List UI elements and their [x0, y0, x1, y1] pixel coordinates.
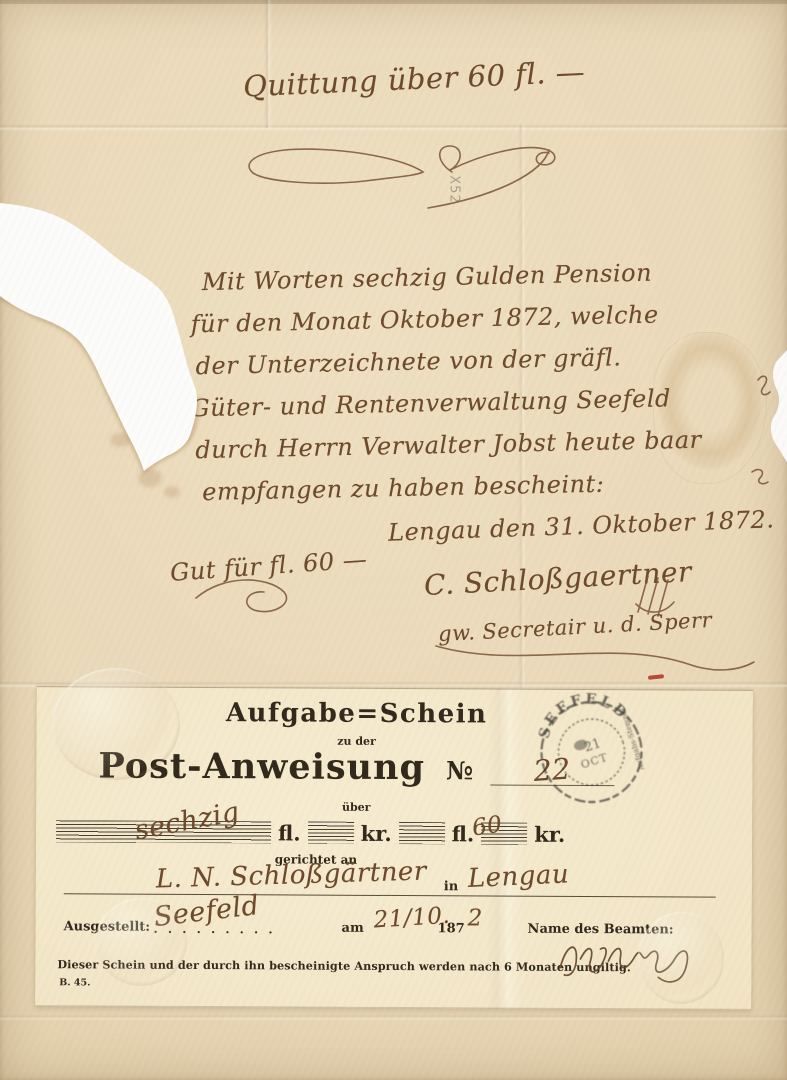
signature-name: C. Schloßgaertner [423, 555, 692, 602]
number-underline: 22 [490, 755, 614, 787]
kreuzer-label: kr. [361, 820, 392, 845]
place-date-line: Lengau den 31. Oktober 1872. [388, 505, 775, 546]
tear-stain-blob [110, 433, 130, 447]
tear-stain-edge [0, 297, 197, 470]
form-code: B. 45. [59, 977, 90, 988]
am-label: am [342, 921, 364, 936]
left-tear-white [0, 203, 197, 471]
number-value-handwritten: 22 [533, 754, 572, 786]
kreuzer-label: kr. [534, 821, 565, 846]
florin-label: fl. [278, 820, 301, 845]
pencil-mark: X52 [447, 175, 462, 203]
scanned-document: X52 Quittung über 60 fl. — Mit Worten se… [0, 0, 787, 1080]
number-sign: № [446, 756, 473, 785]
signature-sweep [436, 646, 754, 670]
amount-confirmation: Gut für fl. 60 — [169, 545, 368, 587]
ausgestellt-label: Ausgestellt: [64, 919, 151, 934]
post-anweisung-label: Post-Anweisung [98, 745, 425, 788]
red-ink-mark [648, 674, 664, 680]
amount-hatch-field [399, 822, 445, 844]
amount-value-handwritten: 60 [471, 812, 504, 842]
gutfuer-flourish [196, 580, 287, 612]
signature-title: gw. Secretair u. d. Sperr [438, 608, 713, 646]
amount-row: fl. kr. fl. kr. sechzig 60 [56, 815, 572, 850]
receipt-title: Quittung über 60 fl. — [242, 55, 585, 104]
recipient-place-handwritten: Lengau [467, 859, 570, 894]
right-edge-tear-white [771, 350, 787, 462]
postal-form-slip: Aufgabe=Schein zu der Post-Anweisung № 2… [35, 686, 753, 1010]
tear-stain-blob [164, 486, 180, 498]
form-ueber: über [36, 799, 676, 815]
amount-hatch-field [308, 822, 354, 844]
fold-crease-upper [0, 124, 787, 131]
fold-crease-vertical-top [264, 0, 272, 128]
receipt-body: Mit Worten sechzig Gulden Pension für de… [187, 251, 703, 514]
tear-stain-blob [138, 469, 162, 487]
issue-date-handwritten: 21/10. [373, 903, 451, 934]
form-title: Aufgabe=Schein [37, 697, 677, 730]
title-flourish-leaf [249, 149, 423, 183]
year-digit-handwritten: 2 [468, 905, 483, 931]
paper-top-edge [0, 0, 787, 4]
fold-crease-lower [0, 1014, 787, 1021]
beamten-label: Name des Beamten: [528, 922, 674, 938]
in-label: in [444, 879, 458, 894]
post-anweisung-row: Post-Anweisung № 22 [36, 745, 676, 789]
footer-validity-note: Dieser Schein und der durch ihn beschein… [57, 957, 631, 974]
